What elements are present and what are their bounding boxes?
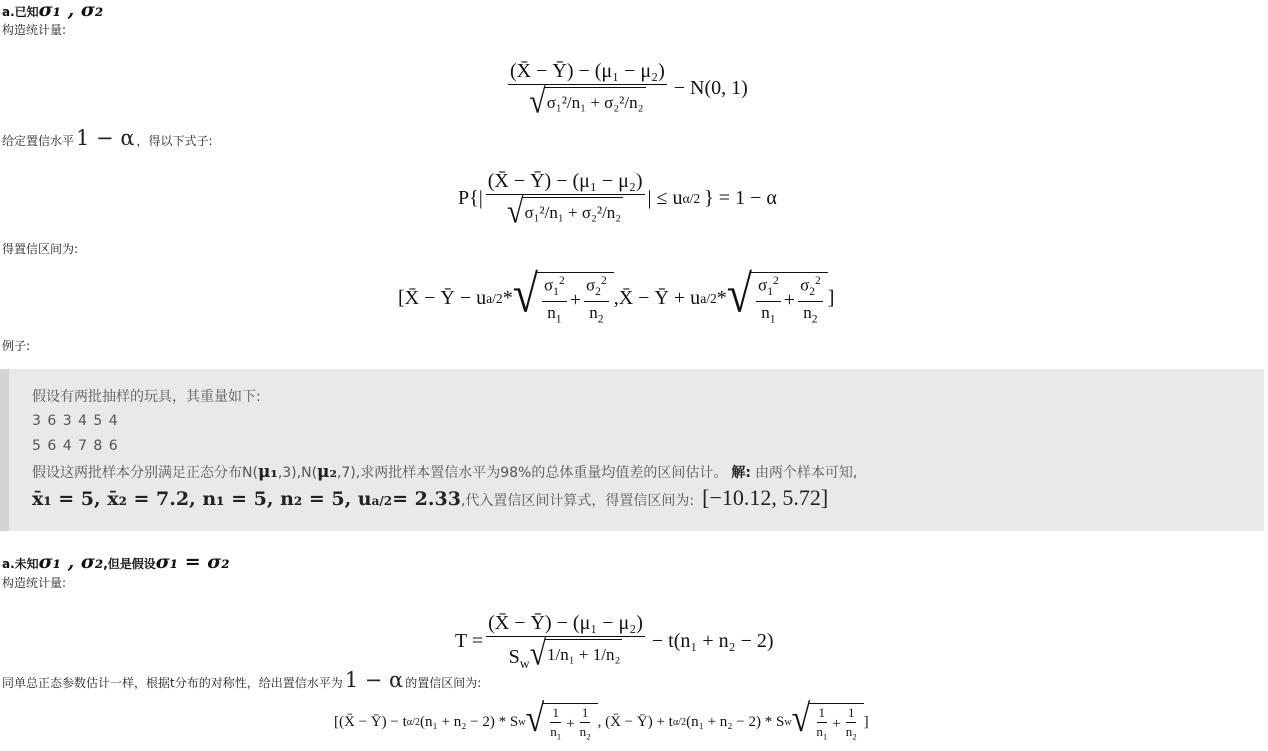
formula2-denominator: σ₁²/n₁ + σ₂²/n₂ [522,197,623,227]
formula1-rhs: − N(0, 1) [674,77,748,100]
example-line-1: 假设有两批抽样的玩具，其重量如下: [32,388,261,406]
formula1-numerator: (X̄ − Ȳ) − (μ₁ − μ₂) [508,60,667,85]
heading-b-math1: σ₁ , σ₂ [39,551,104,573]
sqrt-icon: √ [513,268,538,330]
mu2: μ₂ [317,463,337,481]
given-tail: = 2.33 [392,490,461,508]
sqrt-icon: √ [507,195,523,230]
interval-label: 得置信区间为: [2,241,78,257]
formula3-times2: * [717,287,727,310]
formula5-wsub2: w [784,717,791,728]
sqrt-icon: √ [529,85,545,120]
t-text-math: 1 − α [345,672,404,688]
heading-text: a.已知 [2,5,39,19]
given-values: x̄₁ = 5, x̄₂ = 7.2, n₁ = 5, n₂ = 5, u [32,490,372,508]
sqrt-icon: √ [526,700,545,746]
formula2-tail: } = 1 − α [704,187,777,210]
t-text-suffix: 的置信区间为: [405,675,481,691]
construct-label-b: 构造统计量: [2,575,66,591]
mu1: μ₁ [258,463,278,481]
confidence-math: 1 − α [76,130,135,146]
formula4-sw: S [509,646,520,668]
example-blockquote: 假设有两批抽样的玩具，其重量如下: 3 6 3 4 5 4 5 6 4 7 8 … [0,369,1264,531]
formula5-wsub: w [518,717,525,728]
formula3-left: X̄ − Ȳ − u [405,287,486,310]
section-b-heading: a.未知σ₁ , σ₂,但是假设σ₁ = σ₂ [2,552,230,574]
confidence-prefix: 给定置信水平 [2,133,74,149]
formula4-numerator: (X̄ − Ȳ) − (μ₁ − μ₂) [486,612,645,637]
confidence-level-text: 给定置信水平 1 − α ，得以下式子: [2,130,213,149]
formula5-close: ] [864,714,869,731]
formula5-left: [(X̄ − Ȳ) − t [334,714,407,731]
formula3-right: X̄ − Ȳ + u [619,287,700,310]
confidence-suffix: ，得以下式子: [137,133,213,149]
line4-suffix: 由两个样本可知, [755,464,857,482]
example-line-4: 假设这两批样本分别满足正态分布N( μ₁ ,3),N( μ₂ ,7),求两批样本… [32,463,857,482]
formula3-open: [ [398,287,405,310]
formula5-sub: α/2 [407,717,420,728]
line4-prefix: 假设这两批样本分别满足正态分布N( [32,464,258,482]
formula2-sub: α/2 [682,191,700,207]
formula4-rhs: − t(n₁ + n₂ − 2) [652,630,774,653]
formula5-mid: (n₁ + n₂ − 2) * S [420,714,518,731]
formula5-sub2: α/2 [673,717,686,728]
formula3-times: * [503,287,513,310]
formula4-den-sqrt: 1/n₁ + 1/n₂ [545,639,622,669]
sqrt-icon: √ [792,700,811,746]
heading-b-math2: σ₁ = σ₂ [156,551,230,573]
formula2-prefix: P{| [458,187,483,210]
formula-interval-known-variance: [ X̄ − Ȳ − ua/2 * √ σ12n1 + σ22n2 , X̄ −… [398,272,834,326]
formula-interval-t: [(X̄ − Ȳ) − tα/2(n₁ + n₂ − 2) * Sw √ 1n1… [334,703,869,743]
formula2-suffix: | ≤ u [648,187,683,210]
formula-probability: P{| (X̄ − Ȳ) − (μ₁ − μ₂) √σ₁²/n₁ + σ₂²/n… [458,170,777,227]
sample-1: 3 6 3 4 5 4 [32,412,119,430]
formula5-mid2: (n₁ + n₂ − 2) * S [686,714,784,731]
example-line-5: x̄₁ = 5, x̄₂ = 7.2, n₁ = 5, n₂ = 5, ua/2… [32,489,828,510]
t-text-prefix: 同单总正态参数估计一样，根据t分布的对称性，给出置信水平为 [2,675,343,691]
formula3-sub2: a/2 [700,291,717,307]
line4-mid1: ,3),N( [278,464,317,482]
t-interval-text: 同单总正态参数估计一样，根据t分布的对称性，给出置信水平为 1 − α 的置信区… [2,672,481,691]
example-label: 例子: [2,338,30,354]
formula1-denominator: σ₁²/n₁ + σ₂²/n₂ [545,87,646,117]
heading-math: σ₁ , σ₂ [39,0,104,21]
formula-t-statistic: T = (X̄ − Ȳ) − (μ₁ − μ₂) Sw√1/n₁ + 1/n₂ … [455,612,774,672]
formula3-close: ] [828,287,835,310]
sqrt-icon: √ [530,637,546,672]
formula4-lhs: T = [455,630,483,653]
sqrt-icon: √ [727,268,752,330]
formula3-sub: a/2 [486,291,503,307]
heading-b-mid: ,但是假设 [103,557,156,571]
sample-2: 5 6 4 7 8 6 [32,437,119,455]
formula2-numerator: (X̄ − Ȳ) − (μ₁ − μ₂) [486,170,645,195]
given-sub: a/2 [372,492,393,510]
heading-b-prefix: a.未知 [2,557,39,571]
line4-mid2: ,7),求两批样本置信水平为98%的总体重量均值差的区间估计。 [337,464,727,482]
solution-label: 解: [731,464,751,482]
formula5-sep: , (X̄ − Ȳ) + t [598,714,673,731]
section-a-heading: a.已知σ₁ , σ₂ [2,0,103,22]
formula-statistic-normal: (X̄ − Ȳ) − (μ₁ − μ₂) √σ₁²/n₁ + σ₂²/n₂ − … [505,60,748,117]
line5-text: ,代入置信区间计算式，得置信区间为: [461,492,694,510]
result-interval: [−10.12, 5.72] [702,489,828,507]
construct-label-a: 构造统计量: [2,22,66,38]
formula4-sw-sub: w [520,656,530,671]
